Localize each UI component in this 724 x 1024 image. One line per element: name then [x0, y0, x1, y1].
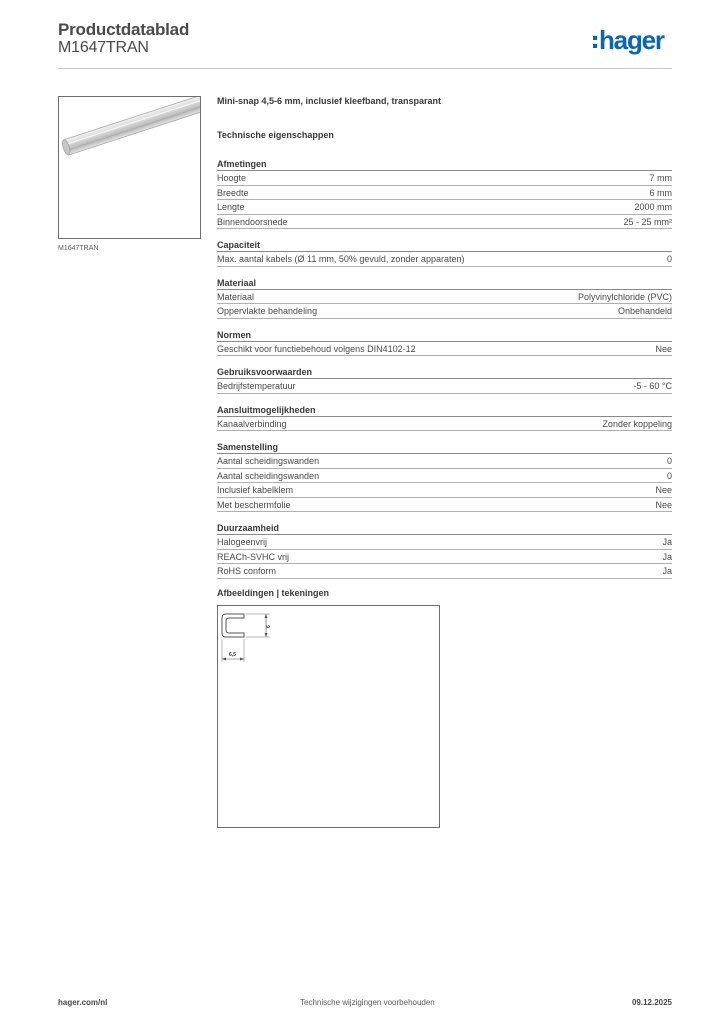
- spec-value: Ja: [662, 535, 672, 549]
- svg-text:6,5: 6,5: [229, 652, 236, 658]
- cross-section-drawing-icon: 6 6,5: [218, 606, 441, 829]
- section-title: Samenstelling: [217, 440, 672, 454]
- logo-dots-icon: [593, 36, 597, 48]
- spec-value: 0: [667, 469, 672, 483]
- section-title: Materiaal: [217, 276, 672, 290]
- spec-row: Lengte2000 mm: [217, 200, 672, 215]
- product-description: Mini-snap 4,5-6 mm, inclusief kleefband,…: [217, 96, 672, 130]
- spec-label: RoHS conform: [217, 564, 276, 578]
- spec-label: REACh-SVHC vrij: [217, 550, 289, 564]
- footer-date: 09.12.2025: [632, 998, 672, 1007]
- spec-row: Hoogte7 mm: [217, 171, 672, 186]
- spec-label: Bedrijfstemperatuur: [217, 379, 296, 393]
- spec-section-gebruiksvoorwaarden: GebruiksvoorwaardenBedrijfstemperatuur-5…: [217, 365, 672, 394]
- spec-value: Polyvinylchloride (PVC): [578, 290, 672, 304]
- section-title: Duurzaamheid: [217, 521, 672, 535]
- spec-row: Bedrijfstemperatuur-5 - 60 °C: [217, 379, 672, 394]
- spec-row: HalogeenvrijJa: [217, 535, 672, 550]
- technical-drawing: 6 6,5: [217, 605, 440, 828]
- footer-website-link[interactable]: hager.com/nl: [58, 998, 107, 1007]
- spec-value: 2000 mm: [634, 200, 672, 214]
- spec-value: 7 mm: [650, 171, 673, 185]
- spec-section-materiaal: MateriaalMateriaalPolyvinylchloride (PVC…: [217, 276, 672, 319]
- spec-label: Binnendoorsnede: [217, 215, 288, 229]
- spec-label: Hoogte: [217, 171, 246, 185]
- spec-value: Nee: [655, 498, 672, 512]
- spec-label: Met beschermfolie: [217, 498, 291, 512]
- spec-value: Zonder koppeling: [602, 417, 672, 431]
- spec-row: Inclusief kabelklemNee: [217, 483, 672, 498]
- spec-label: Aantal scheidingswanden: [217, 469, 319, 483]
- spec-row: RoHS conformJa: [217, 564, 672, 579]
- hager-logo: hager: [593, 26, 664, 54]
- spec-label: Max. aantal kabels (Ø 11 mm, 50% gevuld,…: [217, 252, 464, 266]
- spec-label: Oppervlakte behandeling: [217, 304, 317, 318]
- product-image-caption: M1647TRAN: [58, 245, 98, 252]
- section-title: Normen: [217, 328, 672, 342]
- spec-value: 6 mm: [650, 186, 673, 200]
- spec-label: Aantal scheidingswanden: [217, 454, 319, 468]
- spec-row: Breedte6 mm: [217, 186, 672, 201]
- document-title: Productdatablad: [58, 20, 189, 40]
- section-title: Aansluitmogelijkheden: [217, 403, 672, 417]
- spec-row: Binnendoorsnede25 - 25 mm²: [217, 215, 672, 230]
- spec-value: Nee: [655, 342, 672, 356]
- brand-name: hager: [599, 26, 664, 54]
- header-divider: [58, 68, 672, 69]
- spec-section-capaciteit: CapaciteitMax. aantal kabels (Ø 11 mm, 5…: [217, 238, 672, 267]
- spec-row: Geschikt voor functiebehoud volgens DIN4…: [217, 342, 672, 357]
- spec-row: Aantal scheidingswanden0: [217, 454, 672, 469]
- spec-label: Halogeenvrij: [217, 535, 267, 549]
- drawings-title: Afbeeldingen | tekeningen: [217, 588, 672, 605]
- product-details: Mini-snap 4,5-6 mm, inclusief kleefband,…: [217, 96, 672, 828]
- spec-value: Ja: [662, 564, 672, 578]
- spec-section-normen: NormenGeschikt voor functiebehoud volgen…: [217, 328, 672, 357]
- spec-section-duurzaamheid: DuurzaamheidHalogeenvrijJaREACh-SVHC vri…: [217, 521, 672, 579]
- product-sku: M1647TRAN: [58, 39, 149, 57]
- specs-heading: Technische eigenschappen: [217, 130, 672, 157]
- spec-label: Inclusief kabelklem: [217, 483, 293, 497]
- spec-label: Kanaalverbinding: [217, 417, 287, 431]
- spec-label: Lengte: [217, 200, 245, 214]
- product-image: [58, 96, 201, 239]
- spec-label: Materiaal: [217, 290, 254, 304]
- section-title: Afmetingen: [217, 157, 672, 171]
- section-title: Gebruiksvoorwaarden: [217, 365, 672, 379]
- spec-value: Nee: [655, 483, 672, 497]
- svg-text:6: 6: [266, 625, 272, 628]
- spec-section-afmetingen: AfmetingenHoogte7 mmBreedte6 mmLengte200…: [217, 157, 672, 229]
- spec-row: REACh-SVHC vrijJa: [217, 550, 672, 565]
- footer-disclaimer: Technische wijzigingen voorbehouden: [300, 998, 435, 1007]
- spec-section-aansluitmogelijkheden: AansluitmogelijkhedenKanaalverbindingZon…: [217, 403, 672, 432]
- spec-row: KanaalverbindingZonder koppeling: [217, 417, 672, 432]
- spec-value: 0: [667, 454, 672, 468]
- spec-sections: AfmetingenHoogte7 mmBreedte6 mmLengte200…: [217, 157, 672, 579]
- spec-label: Breedte: [217, 186, 249, 200]
- section-title: Capaciteit: [217, 238, 672, 252]
- spec-value: 0: [667, 252, 672, 266]
- spec-value: Onbehandeld: [618, 304, 672, 318]
- cable-trunking-profile-icon: [59, 97, 201, 239]
- spec-section-samenstelling: SamenstellingAantal scheidingswanden0Aan…: [217, 440, 672, 512]
- spec-value: 25 - 25 mm²: [623, 215, 672, 229]
- spec-value: Ja: [662, 550, 672, 564]
- spec-row: Met beschermfolieNee: [217, 498, 672, 513]
- spec-row: Oppervlakte behandelingOnbehandeld: [217, 304, 672, 319]
- spec-label: Geschikt voor functiebehoud volgens DIN4…: [217, 342, 416, 356]
- spec-row: MateriaalPolyvinylchloride (PVC): [217, 290, 672, 305]
- spec-value: -5 - 60 °C: [633, 379, 672, 393]
- spec-row: Max. aantal kabels (Ø 11 mm, 50% gevuld,…: [217, 252, 672, 267]
- spec-row: Aantal scheidingswanden0: [217, 469, 672, 484]
